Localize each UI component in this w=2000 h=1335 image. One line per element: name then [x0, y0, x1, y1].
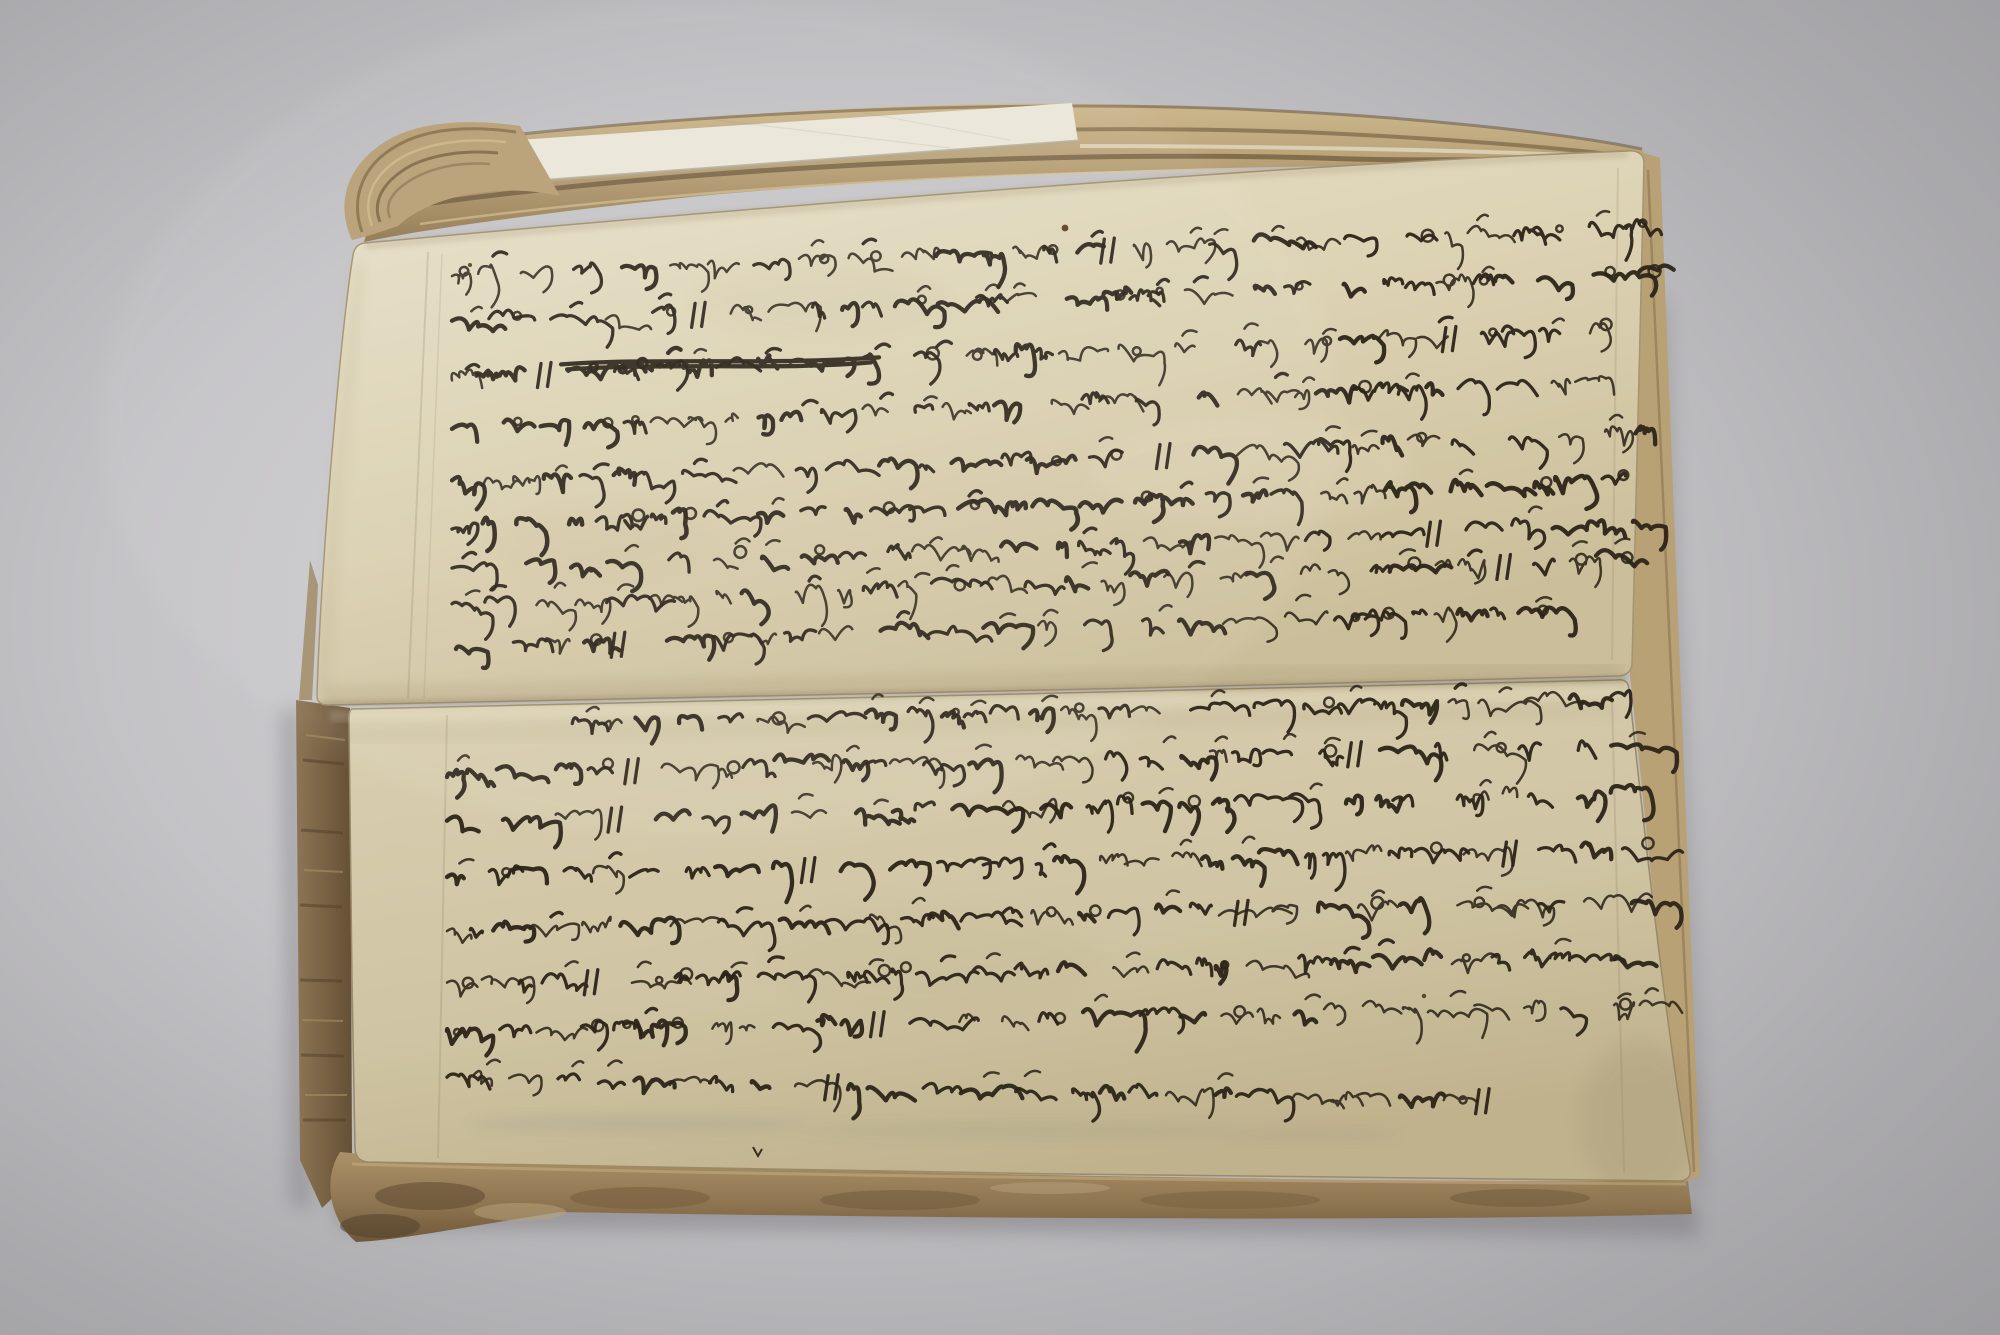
light-sheen: [100, 0, 1340, 840]
photo-stage: [0, 0, 2000, 1335]
manuscript-book: [100, 0, 1706, 1242]
manuscript-photo: [0, 0, 2000, 1335]
